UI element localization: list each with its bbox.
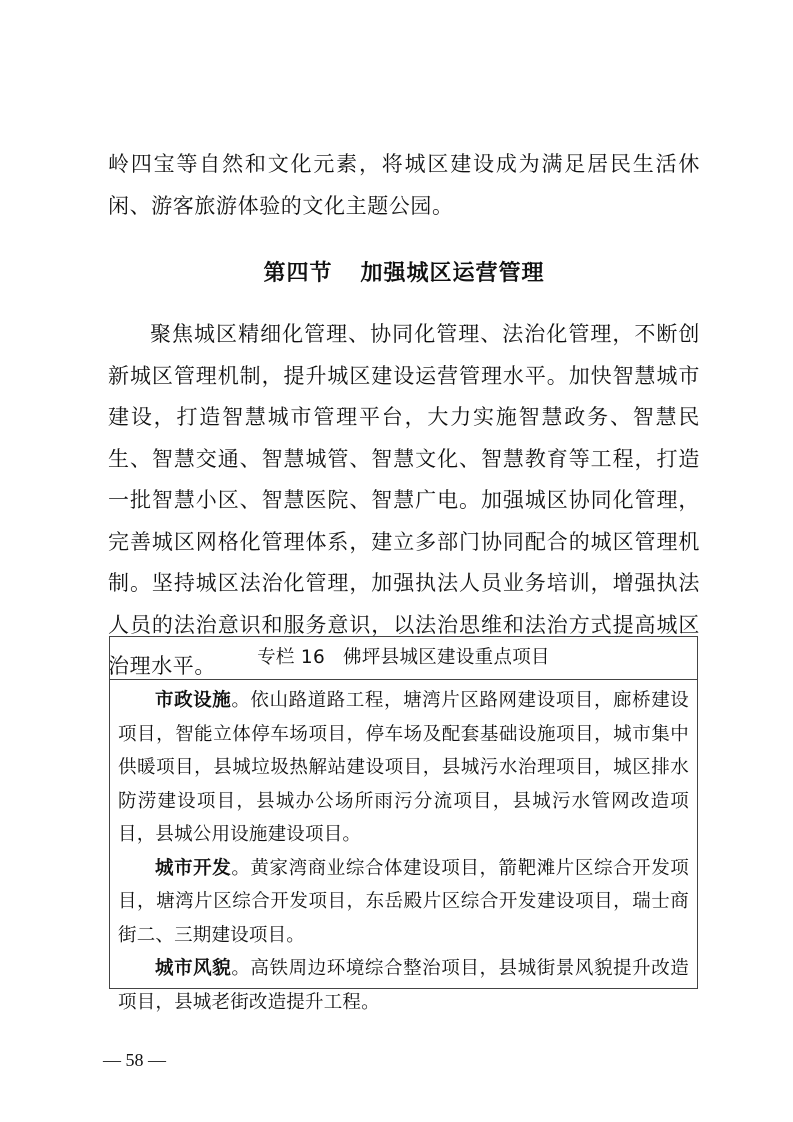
section-number: 第四节 bbox=[263, 261, 332, 286]
box-item-development: 城市开发。黄家湾商业综合体建设项目，箭靶滩片区综合开发项目，塘湾片区综合开发项目… bbox=[118, 852, 689, 953]
box-item-municipal: 市政设施。依山路道路工程，塘湾片区路网建设项目，廊桥建设项目，智能立体停车场项目… bbox=[118, 684, 689, 852]
box-title-text: 佛坪县城区建设重点项目 bbox=[343, 647, 550, 668]
box-label: 专栏 16 bbox=[257, 647, 325, 668]
section-title: 加强城区运营管理 bbox=[361, 261, 545, 286]
page-number: — 58 — bbox=[103, 1050, 166, 1071]
box-item-heading: 城市开发 bbox=[155, 858, 231, 879]
box-item-appearance: 城市风貌。高铁周边环境综合整治项目，县城街景风貌提升改造项目，县城老街改造提升工… bbox=[118, 952, 689, 1019]
box-item-text: 。依山路道路工程，塘湾片区路网建设项目，廊桥建设项目，智能立体停车场项目，停车场… bbox=[118, 690, 689, 845]
box-item-heading: 市政设施 bbox=[155, 690, 231, 711]
box-item-heading: 城市风貌 bbox=[155, 958, 231, 979]
section-heading: 第四节加强城区运营管理 bbox=[108, 256, 700, 287]
box-body: 市政设施。依山路道路工程，塘湾片区路网建设项目，廊桥建设项目，智能立体停车场项目… bbox=[110, 680, 697, 1019]
box-title: 专栏 16佛坪县城区建设重点项目 bbox=[110, 637, 697, 680]
intro-paragraph: 岭四宝等自然和文化元素，将城区建设成为满足居民生活休闲、游客旅游体验的文化主题公… bbox=[108, 144, 700, 227]
intro-text: 岭四宝等自然和文化元素，将城区建设成为满足居民生活休闲、游客旅游体验的文化主题公… bbox=[108, 144, 700, 227]
body-text: 聚焦城区精细化管理、协同化管理、法治化管理，不断创新城区管理机制，提升城区建设运… bbox=[108, 314, 700, 688]
feature-box: 专栏 16佛坪县城区建设重点项目 市政设施。依山路道路工程，塘湾片区路网建设项目… bbox=[109, 636, 698, 989]
body-paragraph: 聚焦城区精细化管理、协同化管理、法治化管理，不断创新城区管理机制，提升城区建设运… bbox=[108, 314, 700, 688]
